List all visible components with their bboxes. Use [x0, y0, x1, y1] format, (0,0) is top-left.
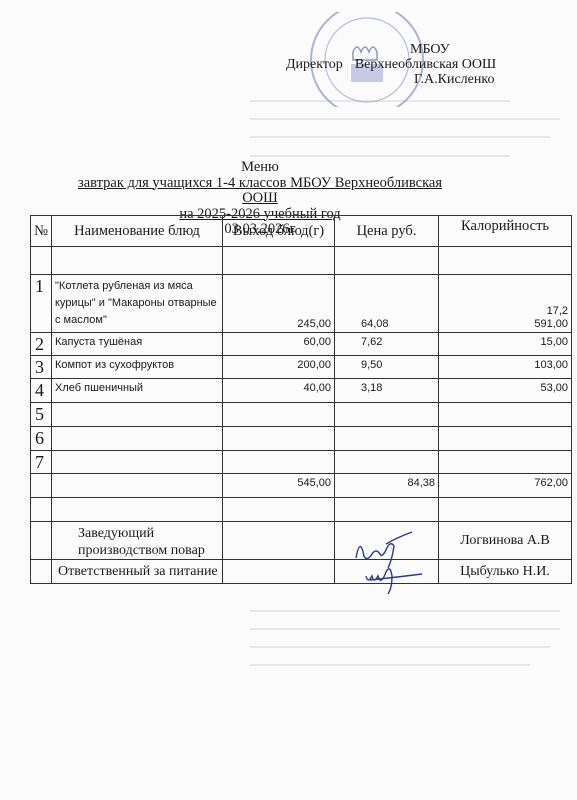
dish-name: Капуста тушёная [52, 333, 223, 356]
col-weight: Выход блюд(г) [223, 216, 335, 247]
dish-name: Компот из сухофруктов [52, 356, 223, 379]
approval-role: Директор [286, 57, 343, 72]
dish-weight: 200,00 [223, 356, 335, 379]
signature-name: Цыбулько Н.И. [439, 560, 572, 584]
approval-org: МБОУ [410, 42, 450, 57]
table-row: 6 [31, 427, 572, 451]
signature-row: Ответственный за питание Цыбулько Н.И. [31, 560, 572, 584]
col-number: № [31, 216, 52, 247]
signature-name: Логвинова А.В [439, 522, 572, 560]
dish-calories: 103,00 [439, 356, 572, 379]
dish-weight: 245,00 [223, 275, 335, 333]
table-header-row: № Наименование блюд Выход блюд(г) Цена р… [31, 216, 572, 247]
signature-row: Заведующий производством повар Логвинова… [31, 522, 572, 560]
approval-school: Верхнеобливская ООШ [355, 57, 496, 72]
dish-price: 7,62 [335, 333, 439, 356]
dish-weight: 60,00 [223, 333, 335, 356]
dish-calories: 15,00 [439, 333, 572, 356]
total-calories: 762,00 [439, 474, 572, 498]
table-row: 7 [31, 451, 572, 474]
dish-price: 9,50 [335, 356, 439, 379]
table-spacer-row [31, 498, 572, 522]
table-row: 1 "Котлета рубленая из мяса курицы" и "М… [31, 275, 572, 333]
menu-subtitle: завтрак для учащихся 1-4 классов МБОУ Ве… [60, 176, 460, 207]
dish-weight: 40,00 [223, 379, 335, 403]
signature-label: Ответственный за питание [52, 560, 223, 584]
col-dish: Наименование блюд [52, 216, 223, 247]
col-price: Цена руб. [335, 216, 439, 247]
menu-table: № Наименование блюд Выход блюд(г) Цена р… [30, 215, 572, 584]
menu-title: Меню [60, 160, 460, 176]
dish-name: "Котлета рубленая из мяса курицы" и "Мак… [52, 275, 223, 333]
dish-name: Хлеб пшеничный [52, 379, 223, 403]
table-row: 4 Хлеб пшеничный 40,00 3,18 53,00 [31, 379, 572, 403]
table-row: 5 [31, 403, 572, 427]
total-weight: 545,00 [223, 474, 335, 498]
table-spacer-row [31, 247, 572, 275]
table-row: 3 Компот из сухофруктов 200,00 9,50 103,… [31, 356, 572, 379]
dish-price: 64,08 [335, 275, 439, 333]
signature-label: Заведующий производством повар [58, 525, 219, 559]
approval-name: Г.А.Кисленко [414, 72, 494, 87]
total-price: 84,38 [335, 474, 439, 498]
col-calories: Калорийность [439, 216, 572, 247]
dish-calories: 53,00 [439, 379, 572, 403]
totals-row: 545,00 84,38 762,00 [31, 474, 572, 498]
dish-calories: 17,2 591,00 [439, 275, 572, 333]
dish-price: 3,18 [335, 379, 439, 403]
table-row: 2 Капуста тушёная 60,00 7,62 15,00 [31, 333, 572, 356]
